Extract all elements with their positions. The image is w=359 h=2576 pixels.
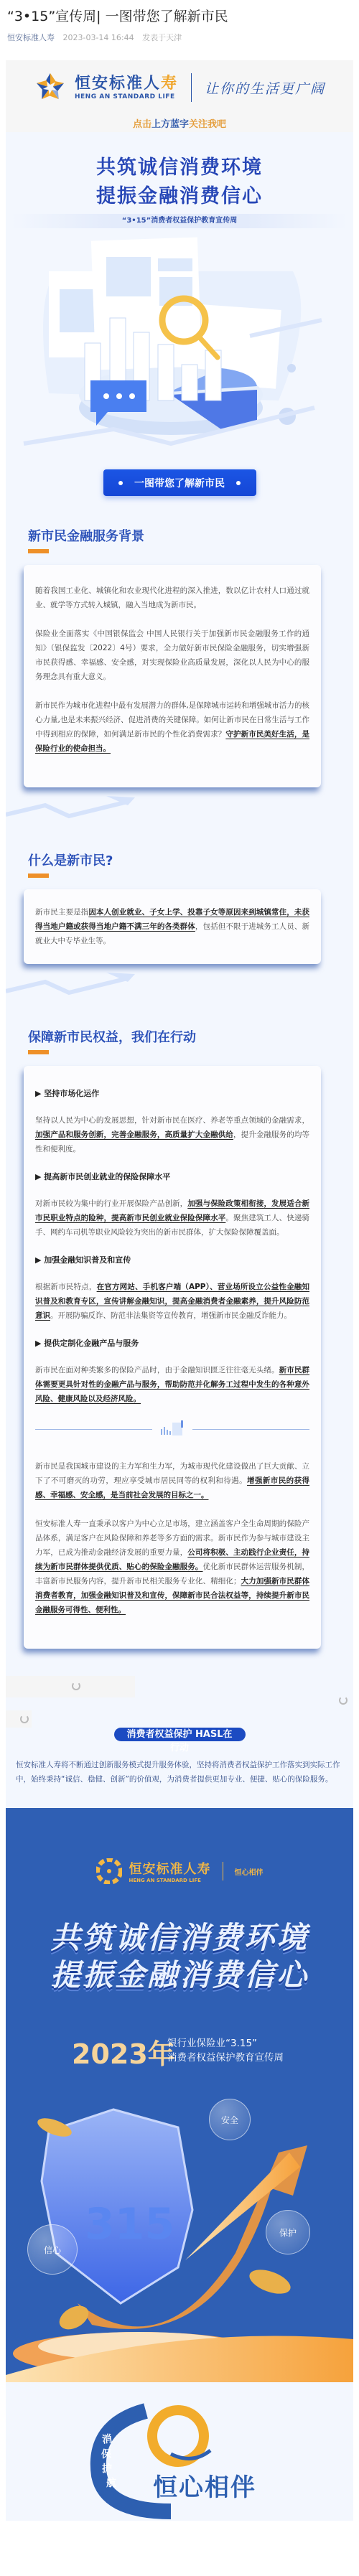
article-page: “3•15”宣传周| 一图带您了解新市民 恒安标准人寿 2023-03-14 1… — [0, 0, 359, 2521]
action-item-title: ▶ 加强金融知识普及和宣传 — [35, 1254, 309, 1265]
image-loading-placeholders — [6, 1649, 353, 1728]
section-heading-action: 保障新市民权益，我们在行动 — [6, 1029, 353, 1054]
pinwheel-logo-icon — [34, 72, 66, 103]
hero-title: 共筑诚信消费环境 提振金融消费信心 — [6, 132, 353, 211]
action-item-title: ▶ 坚持市场化运作 — [35, 1087, 309, 1099]
svg-text:恒心相伴: 恒心相伴 — [153, 2473, 256, 2502]
bullet-dot-icon — [236, 481, 241, 485]
hero-subtitle: “3•15”消费者权益保护教育宣传周 — [11, 214, 348, 228]
learn-new-citizens-button[interactable]: 一图带您了解新市民 — [103, 469, 256, 496]
section-divider — [35, 1420, 309, 1438]
publish-date: 2023-03-14 16:44 — [63, 33, 134, 42]
heading-underline — [28, 1050, 49, 1054]
brand-logo: 恒安标准人寿 HENG AN STANDARD LIFE 让你的生活更广阔 — [34, 72, 325, 103]
loading-spinner-icon — [20, 1715, 29, 1723]
action-item-title: ▶ 提高新市民创业就业的保险保障水平 — [35, 1171, 309, 1182]
data-analysis-illustration — [6, 228, 353, 465]
svg-text:航: 航 — [106, 2477, 116, 2489]
brand-banner: 恒安标准人寿 HENG AN STANDARD LIFE 让你的生活更广阔 点击… — [6, 60, 353, 132]
logo-divider — [191, 73, 192, 102]
svg-text:315: 315 — [85, 2199, 174, 2249]
section-heading-definition: 什么是新市民? — [6, 852, 353, 878]
svg-text:护: 护 — [102, 2463, 112, 2475]
article-title: “3•15”宣传周| 一图带您了解新市民 — [6, 0, 353, 26]
trend-line-decoration — [6, 964, 353, 1014]
trend-line-decoration — [6, 787, 353, 838]
section-heading-background: 新市民金融服务背景 — [6, 528, 353, 553]
brand-name-en: HENG AN STANDARD LIFE — [75, 93, 178, 100]
action-item-title: ▶ 提供定制化金融产品与服务 — [35, 1337, 309, 1349]
loading-spinner-icon — [72, 1682, 80, 1690]
svg-text:消: 消 — [101, 2432, 113, 2446]
shield-315-illustration: 315 — [6, 1808, 353, 2382]
svg-text:保: 保 — [101, 2448, 111, 2460]
bar-chart-icon — [152, 1420, 192, 1438]
bubble-protection: 保护 — [266, 2210, 310, 2254]
hasl-statement: 恒安标准人寿将不断通过创新服务模式提升服务体验，坚持将消费者权益保护工作落实到实… — [6, 1753, 353, 1808]
hasl-action-badge: 消费者权益保护 HASL在行动 — [114, 1728, 246, 1741]
heading-underline — [28, 874, 49, 878]
article-meta: 恒安标准人寿 2023-03-14 16:44 发表于天津 — [6, 26, 353, 49]
bullet-dot-icon — [118, 481, 123, 485]
definition-card: 新市民主要是指因本人创业就业、子女上学、投靠子女等原因来到城镇常住，未获得当地户… — [24, 889, 321, 964]
campaign-poster: 恒安标准人寿 HENG AN STANDARD LIFE 恒心相伴 共筑诚信消费… — [6, 1808, 353, 2382]
infographic: 共筑诚信消费环境 提振金融消费信心 “3•15”消费者权益保护教育宣传周 — [6, 132, 353, 2521]
heading-underline — [28, 549, 49, 553]
bubble-safety: 安全 — [209, 2099, 251, 2140]
loading-spinner-icon — [339, 1696, 348, 1705]
bubble-confidence: 信心 — [27, 2224, 78, 2275]
publish-location: 发表于天津 — [142, 33, 182, 42]
brand-slogan: 让你的生活更广阔 — [205, 78, 325, 98]
action-card: ▶ 坚持市场化运作 坚持以人民为中心的发展思想，针对新市民在医疗、养老等重点领域… — [24, 1066, 321, 1649]
follow-prompt: 点击上方蓝字关注我吧 — [6, 116, 353, 130]
consumer-protection-logo: 消 保 护 航 恒心相伴 — [6, 2382, 353, 2521]
background-card: 随着我国工业化、城镇化和农业现代化进程的深入推进，数以亿计农村人口通过就业、就学… — [24, 565, 321, 787]
author-link[interactable]: 恒安标准人寿 — [7, 33, 55, 42]
brand-name-cn: 恒安标准人 — [75, 75, 161, 93]
